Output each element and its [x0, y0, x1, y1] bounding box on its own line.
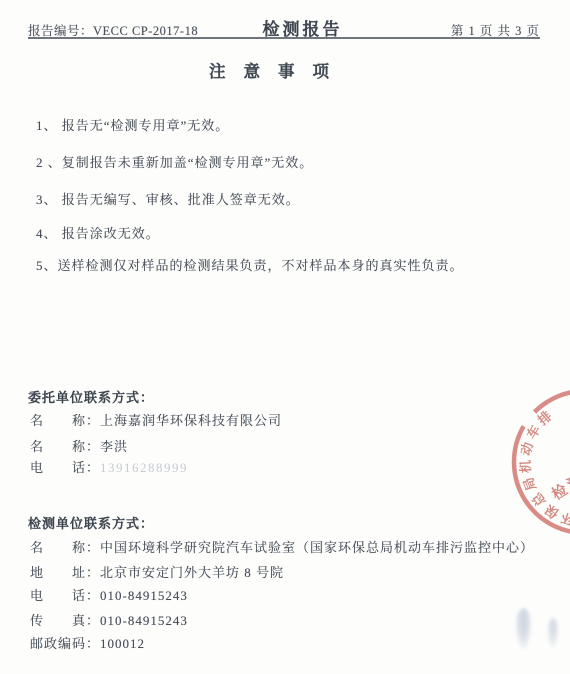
note-item-1: 1、 报告无“检测专用章”无效。 [36, 118, 550, 134]
lab-address-row: 地 址：北京市安定门外大羊坊 8 号院 [30, 565, 554, 581]
row-label: 传 真： [30, 613, 100, 628]
note-item-5: 5、送样检测仅对样品的检测结果负责，不对样品本身的真实性负责。 [36, 258, 550, 274]
row-label: 地 址： [30, 565, 100, 580]
notice-title: 注意事项 [0, 58, 554, 82]
lab-phone-row: 电 话：010-84915243 [30, 588, 554, 604]
row-label: 名 称： [30, 439, 100, 454]
lab-name-row: 名 称：中国环境科学研究院汽车试验室（国家环保总局机动车排污监控中心） [30, 540, 554, 556]
lab-contact-heading: 检测单位联系方式： [28, 513, 154, 532]
client-phone-number: 13916288999 [100, 460, 188, 475]
row-label: 名 称： [30, 413, 100, 428]
lab-fax-row: 传 真：010-84915243 [30, 613, 554, 629]
row-label: 邮政编码： [30, 636, 100, 651]
lab-fax-number: 010-84915243 [100, 613, 188, 628]
row-label: 电 话： [30, 588, 100, 603]
client-name-row: 名 称：上海嘉润华环保科技有限公司 [30, 413, 554, 429]
note-item-3: 3、 报告无编写、审核、批准人签章无效。 [36, 192, 550, 208]
lab-address: 北京市安定门外大羊坊 8 号院 [100, 565, 284, 580]
lab-postcode: 100012 [100, 636, 145, 651]
report-page: 报告编号：VECC CP-2017-18 检测报告 第 1 页 共 3 页 注意… [0, 0, 570, 674]
client-person-name: 李洪 [100, 439, 128, 454]
lab-phone-number: 010-84915243 [100, 588, 188, 603]
client-phone-row: 电 话：13916288999 [30, 460, 554, 476]
note-item-4: 4、 报告涂改无效。 [36, 226, 550, 242]
row-label: 电 话： [30, 460, 100, 475]
client-company-name: 上海嘉润华环保科技有限公司 [100, 413, 282, 428]
ink-smudge [547, 618, 559, 648]
lab-name: 中国环境科学研究院汽车试验室（国家环保总局机动车排污监控中心） [100, 540, 534, 555]
lab-postcode-row: 邮政编码：100012 [30, 636, 554, 652]
row-label: 名 称： [30, 540, 100, 555]
header-divider [28, 37, 540, 39]
ink-smudge [515, 608, 532, 650]
client-person-row: 名 称：李洪 [30, 439, 554, 455]
client-contact-heading: 委托单位联系方式： [28, 387, 154, 406]
note-item-2: 2 、复制报告未重新加盖“检测专用章”无效。 [36, 155, 550, 171]
